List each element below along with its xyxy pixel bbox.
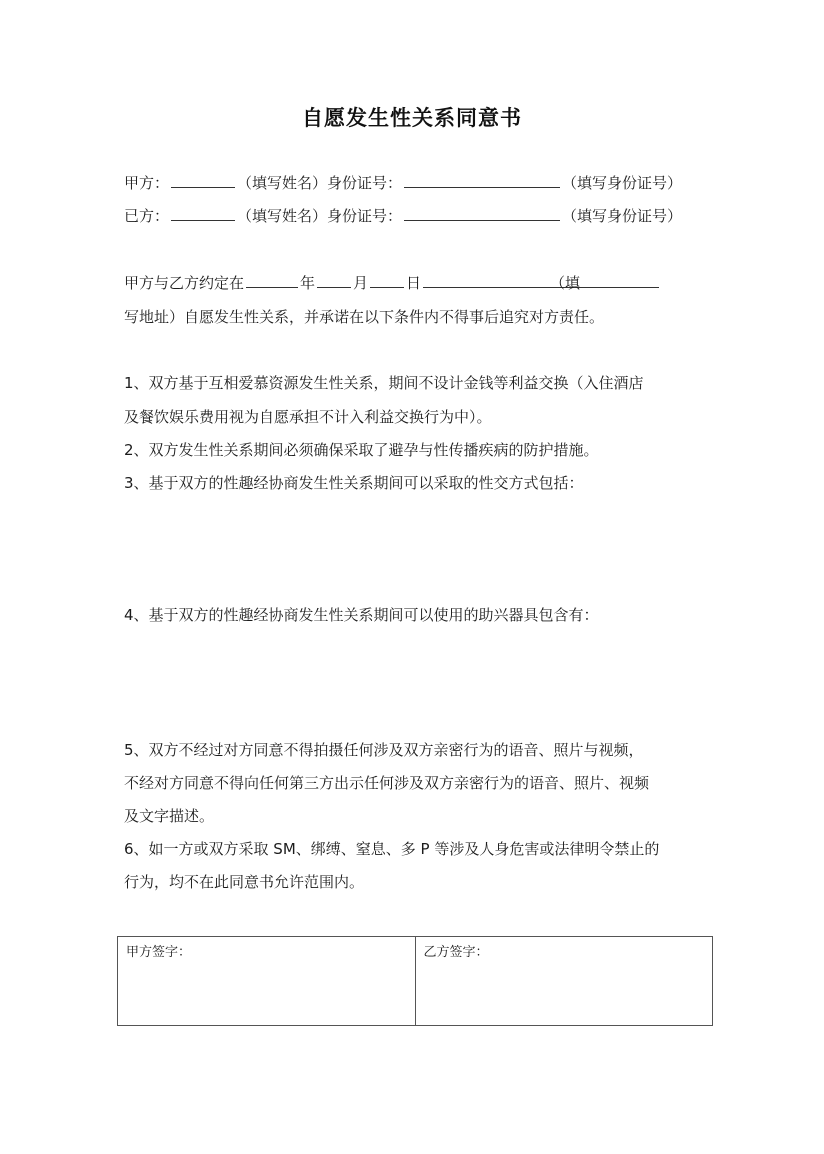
party-a-id-label: 身份证号： bbox=[327, 174, 402, 192]
party-a-label: 甲方： bbox=[124, 174, 169, 192]
party-b-signature-label: 乙方签字： bbox=[424, 945, 489, 960]
party-a-signature-label: 甲方签字： bbox=[126, 945, 191, 960]
agreement-prefix: 甲方与乙方约定在 bbox=[124, 274, 244, 292]
term-4-fill-area[interactable] bbox=[124, 632, 704, 730]
document-title: 自愿发生性关系同意书 bbox=[0, 102, 824, 132]
term-4-line-1: 4、基于双方的性趣经协商发生性关系期间可以使用的助兴器具包含有： bbox=[124, 604, 599, 625]
term-1-line-1: 1、双方基于互相爱慕资源发生性关系，期间不设计金钱等利益交换（入住酒店 bbox=[124, 372, 644, 393]
party-b-name-field[interactable] bbox=[171, 206, 235, 221]
party-a-id-field[interactable] bbox=[404, 173, 560, 188]
party-b-id-hint: （填写身份证号） bbox=[562, 207, 682, 225]
term-6-line-2: 行为，均不在此同意书允许范围内。 bbox=[124, 871, 364, 892]
party-b-name-hint: （填写姓名） bbox=[237, 207, 327, 225]
year-field[interactable] bbox=[246, 273, 298, 288]
term-5-line-2: 不经对方同意不得向任何第三方出示任何涉及双方亲密行为的语音、照片、视频 bbox=[124, 772, 649, 793]
party-a-name-field[interactable] bbox=[171, 173, 235, 188]
year-label: 年 bbox=[300, 274, 315, 292]
party-b-id-field[interactable] bbox=[404, 206, 560, 221]
term-5-line-3: 及文字描述。 bbox=[124, 805, 214, 826]
party-b-signature-cell[interactable]: 乙方签字： bbox=[415, 937, 713, 1025]
signature-table: 甲方签字： 乙方签字： bbox=[117, 936, 713, 1026]
party-a-name-hint: （填写姓名） bbox=[237, 174, 327, 192]
agreement-tail: （填 bbox=[550, 272, 580, 293]
month-label: 月 bbox=[353, 274, 368, 292]
term-5-line-1: 5、双方不经过对方同意不得拍摄任何涉及双方亲密行为的语音、照片与视频， bbox=[124, 739, 644, 760]
party-b-id-label: 身份证号： bbox=[327, 207, 402, 225]
agreement-line-1: 甲方与乙方约定在年月日（填 bbox=[124, 272, 702, 293]
document-page: 自愿发生性关系同意书 甲方：（填写姓名）身份证号：（填写身份证号） 已方：（填写… bbox=[0, 0, 824, 1154]
month-field[interactable] bbox=[317, 273, 351, 288]
term-1-line-2: 及餐饮娱乐费用视为自愿承担不计入利益交换行为中）。 bbox=[124, 406, 492, 427]
term-3-fill-area[interactable] bbox=[124, 500, 704, 596]
day-field[interactable] bbox=[370, 273, 404, 288]
party-a-id-hint: （填写身份证号） bbox=[562, 174, 682, 192]
day-label: 日 bbox=[406, 274, 421, 292]
term-2-line-1: 2、双方发生性关系期间必须确保采取了避孕与性传播疾病的防护措施。 bbox=[124, 439, 599, 460]
agreement-line-2: 写地址）自愿发生性关系，并承诺在以下条件内不得事后追究对方责任。 bbox=[124, 306, 604, 327]
party-a-signature-cell[interactable]: 甲方签字： bbox=[118, 937, 415, 1025]
party-b-row: 已方：（填写姓名）身份证号：（填写身份证号） bbox=[124, 205, 682, 226]
term-3-line-1: 3、基于双方的性趣经协商发生性关系期间可以采取的性交方式包括： bbox=[124, 472, 584, 493]
party-b-label: 已方： bbox=[124, 207, 169, 225]
party-a-row: 甲方：（填写姓名）身份证号：（填写身份证号） bbox=[124, 172, 682, 193]
address-field[interactable] bbox=[423, 273, 659, 288]
term-6-line-1: 6、如一方或双方采取 SM、绑缚、窒息、多 P 等涉及人身危害或法律明令禁止的 bbox=[124, 838, 659, 859]
